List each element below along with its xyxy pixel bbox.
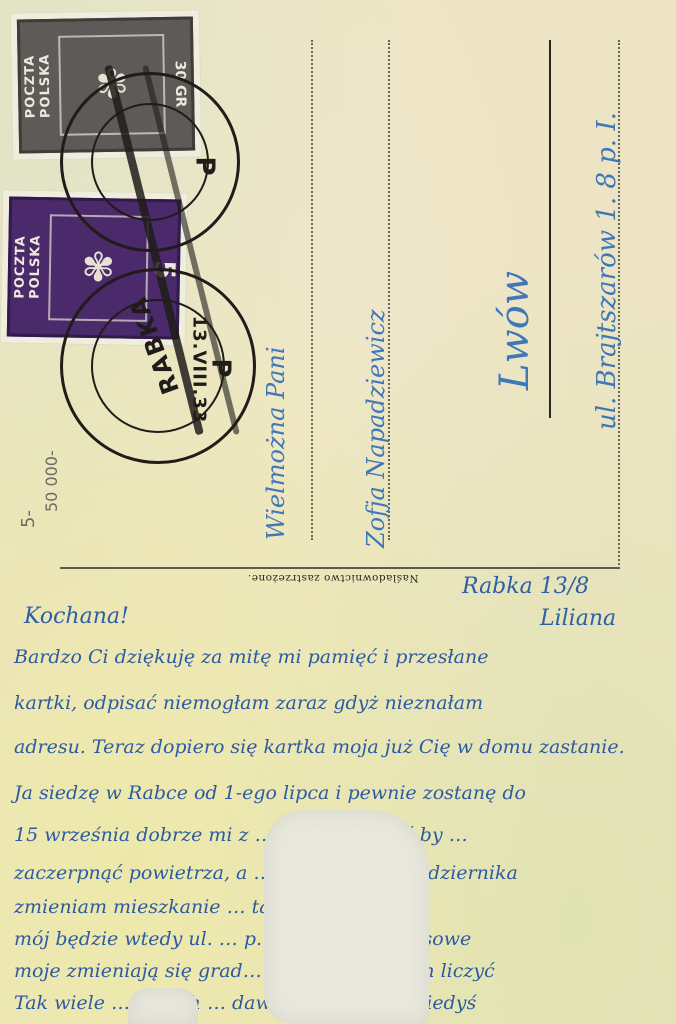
postcard-back: Naśladownictwo zastrzeżone. POCZTA POLSK… bbox=[0, 0, 676, 1024]
address-line-street: ul. Brajtszarów 1. 8 p. I. bbox=[592, 112, 622, 430]
address-line-city: Lwów bbox=[492, 271, 538, 390]
message-line: adresu. Teraz dopiero się kartka moja ju… bbox=[14, 736, 625, 758]
place-date: Rabka 13/8 bbox=[462, 574, 589, 599]
message-line: Ja siedzę w Rabce od 1-ego lipca i pewni… bbox=[14, 782, 526, 804]
address-line-name: Zofja Napadziewicz bbox=[362, 309, 390, 548]
postmark-lower: RABKA 13.VIII.33 P bbox=[60, 268, 256, 464]
message-line: kartki, odpisać niemogłam zaraz gdyż nie… bbox=[14, 692, 483, 714]
pencil-note-1: 5- bbox=[18, 510, 39, 528]
postmark-letter: P bbox=[190, 156, 220, 175]
address-line-salutation: Wielmożna Pani bbox=[262, 346, 290, 540]
printed-copyright-note: Naśladownictwo zastrzeżone. bbox=[213, 572, 453, 584]
address-guide-line-1 bbox=[311, 40, 313, 540]
pencil-note-2: 50 000- bbox=[42, 450, 61, 512]
signature: Liliana bbox=[540, 606, 616, 631]
stamp-country-label: POCZTA POLSKA bbox=[20, 22, 56, 151]
stamp-country-label: POCZTA POLSKA bbox=[10, 200, 46, 335]
message-line: Bardzo Ci dziękuję za mitę mi pamięć i p… bbox=[14, 646, 488, 668]
address-divider-line bbox=[549, 40, 551, 418]
greeting: Kochana! bbox=[24, 604, 129, 629]
section-divider-line bbox=[60, 567, 620, 569]
torn-paper-area bbox=[264, 810, 429, 1024]
torn-paper-area-small bbox=[128, 988, 198, 1024]
